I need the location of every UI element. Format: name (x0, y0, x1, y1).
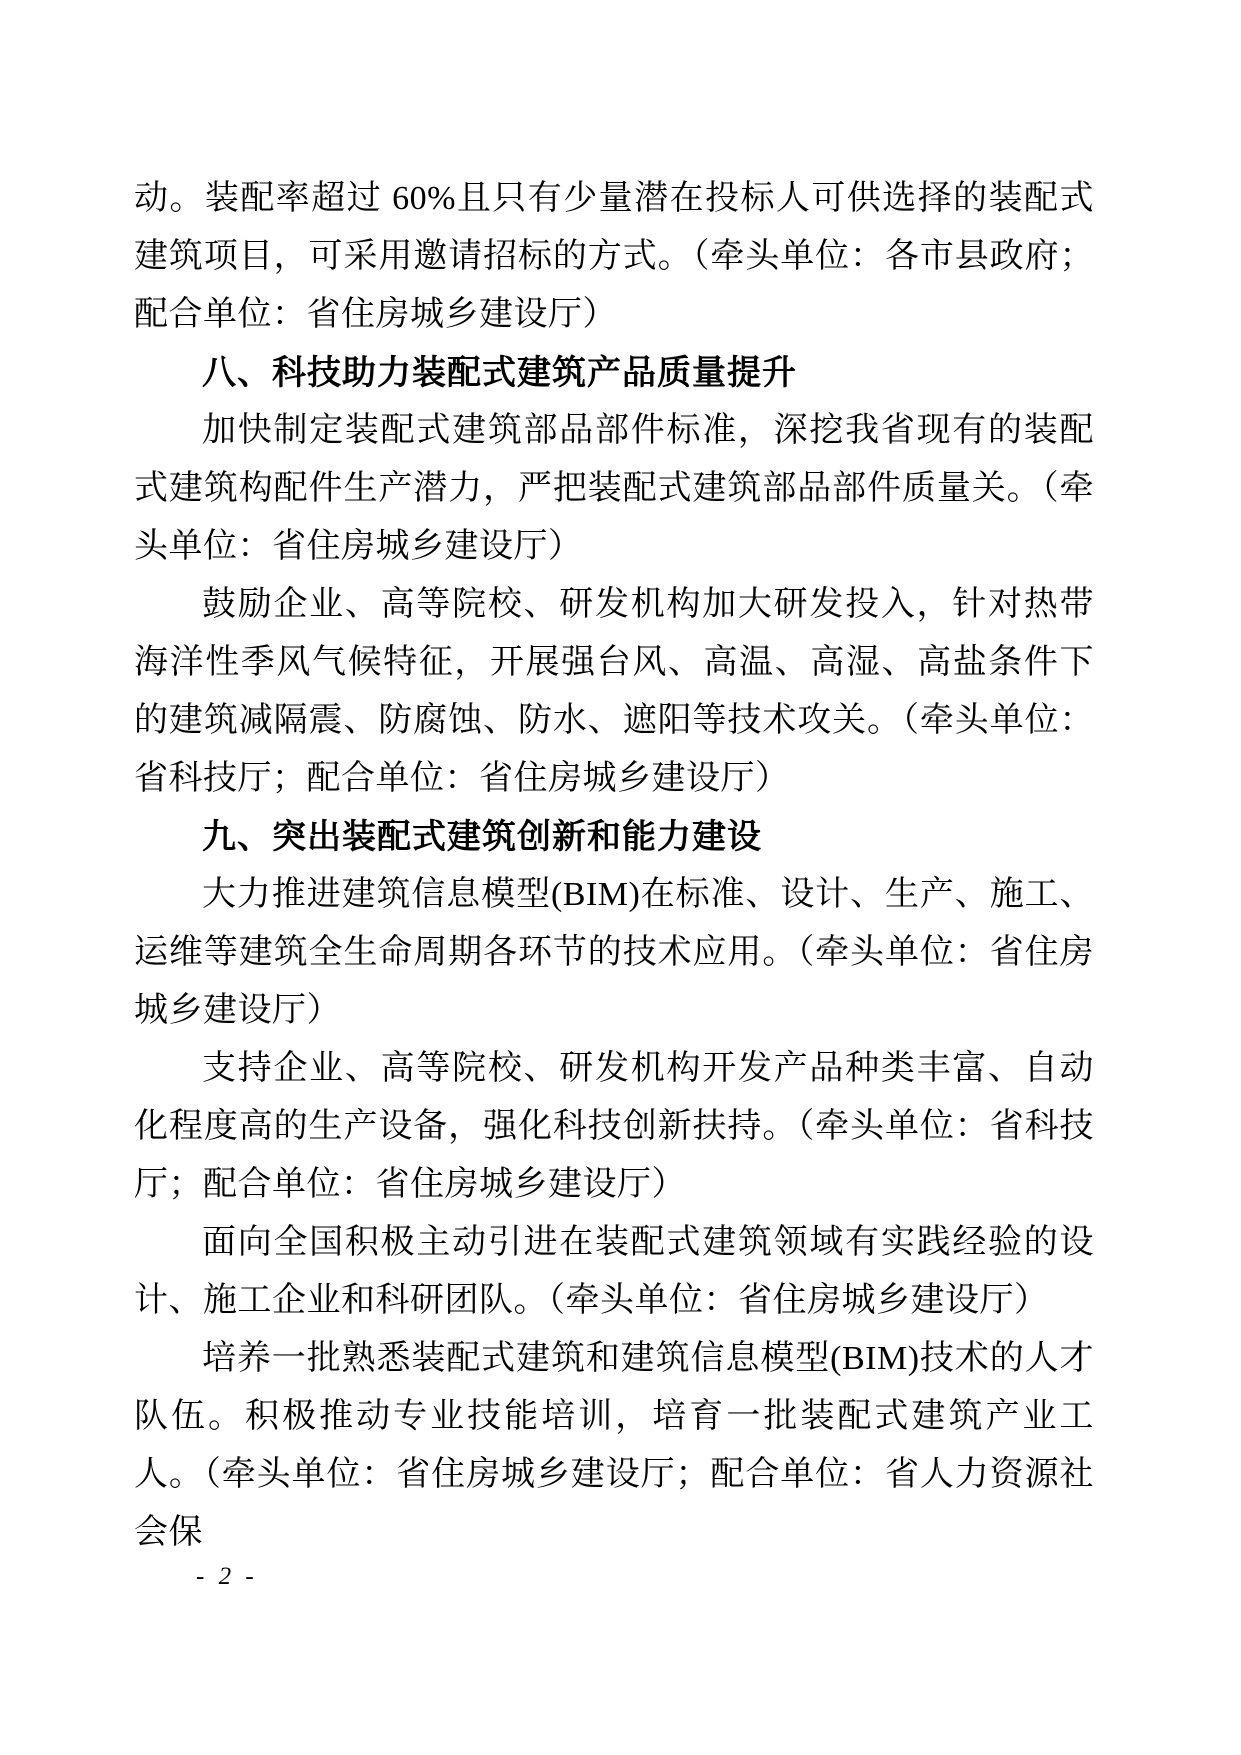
paragraph: 鼓励企业、高等院校、研发机构加大研发投入，针对热带海洋性季风气候特征，开展强台风… (134, 576, 1094, 808)
paragraph: 动。装配率超过 60%且只有少量潜在投标人可供选择的装配式建筑项目，可采用邀请招… (134, 170, 1094, 344)
section-heading: 八、科技助力装配式建筑产品质量提升 (134, 344, 1094, 402)
paragraph: 加快制定装配式建筑部品部件标准，深挖我省现有的装配式建筑构配件生产潜力，严把装配… (134, 402, 1094, 576)
paragraph: 支持企业、高等院校、研发机构开发产品种类丰富、自动化程度高的生产设备，强化科技创… (134, 1040, 1094, 1214)
document-page: 动。装配率超过 60%且只有少量潜在投标人可供选择的装配式建筑项目，可采用邀请招… (0, 0, 1241, 1755)
document-body: 动。装配率超过 60%且只有少量潜在投标人可供选择的装配式建筑项目，可采用邀请招… (134, 170, 1094, 1562)
paragraph: 面向全国积极主动引进在装配式建筑领域有实践经验的设计、施工企业和科研团队。（牵头… (134, 1214, 1094, 1330)
paragraph: 大力推进建筑信息模型(BIM)在标准、设计、生产、施工、运维等建筑全生命周期各环… (134, 866, 1094, 1040)
paragraph: 培养一批熟悉装配式建筑和建筑信息模型(BIM)技术的人才队伍。积极推动专业技能培… (134, 1330, 1094, 1562)
section-heading: 九、突出装配式建筑创新和能力建设 (134, 808, 1094, 866)
page-number: - 2 - (196, 1560, 258, 1594)
